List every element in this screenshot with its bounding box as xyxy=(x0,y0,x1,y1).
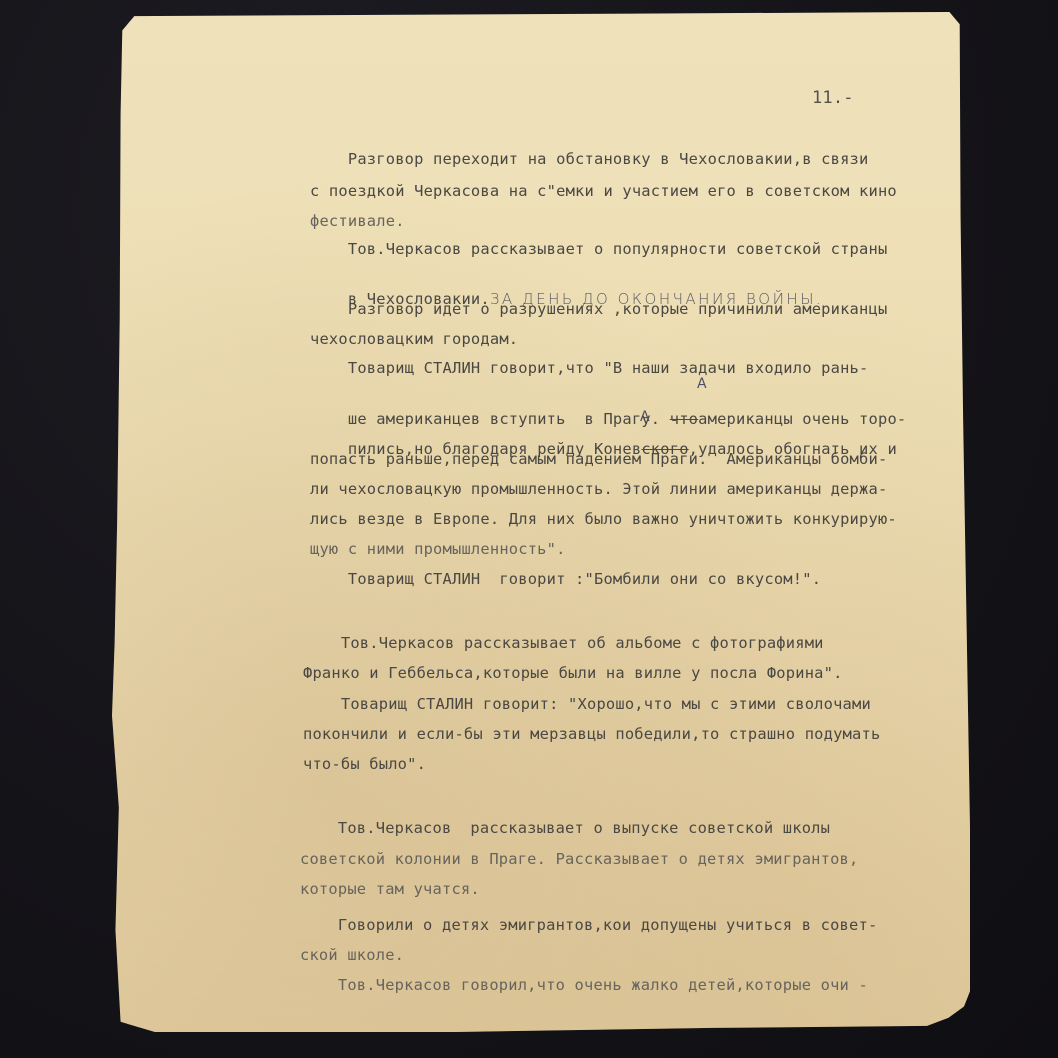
text-line: ли чехословацкую промышленность. Этой ли… xyxy=(310,479,887,499)
text-line: попасть раньше,перед самым падением Праг… xyxy=(310,449,887,469)
text-line: Разговор переходит на обстановку в Чехос… xyxy=(310,149,869,169)
handwritten-correction: А xyxy=(640,409,650,425)
text-line: которые там учатся. xyxy=(300,879,480,899)
text-line: Говорили о детях эмигрантов,кои допущены… xyxy=(300,915,877,935)
text-line: советской колонии в Праге. Рассказывает … xyxy=(300,849,859,869)
text-line: Товарищ СТАЛИН говорит: "Хорошо,что мы с… xyxy=(303,694,871,714)
text-line: покончили и если-бы эти мерзавцы победил… xyxy=(303,724,880,744)
text-line: ской школе. xyxy=(300,945,404,965)
text-line: Тов.Черкасов говорил,что очень жалко дет… xyxy=(300,975,868,995)
text-line: Франко и Геббельса,которые были на вилле… xyxy=(303,663,843,683)
text-line: Товарищ СТАЛИН говорит,что "В наши задач… xyxy=(310,358,869,378)
text-line: Тов.Черкасов рассказывает о популярности… xyxy=(310,239,887,259)
text-line: с поездкой Черкасова на с"емки и участие… xyxy=(310,181,897,201)
text-line: Товарищ СТАЛИН говорит :"Бомбили они со … xyxy=(310,569,821,589)
text-line: что-бы было". xyxy=(303,754,426,774)
text-line: Тов.Черкасов рассказывает об альбоме с ф… xyxy=(303,633,824,653)
text-line: чехословацким городам. xyxy=(310,329,518,349)
page-number: 11.- xyxy=(812,88,854,108)
text-line: лись везде в Европе. Для них было важно … xyxy=(310,509,897,529)
text-line: Разговор идет о разрушениях ,которые при… xyxy=(310,299,887,319)
text-line: фестивале. xyxy=(310,211,405,231)
document-text: 11.- Разговор переходит на обстановку в … xyxy=(0,0,1058,1058)
handwritten-correction: А xyxy=(697,376,707,392)
text-line: щую с ними промышленность". xyxy=(310,539,566,559)
text-line: Тов.Черкасов рассказывает о выпуске сове… xyxy=(300,818,830,838)
